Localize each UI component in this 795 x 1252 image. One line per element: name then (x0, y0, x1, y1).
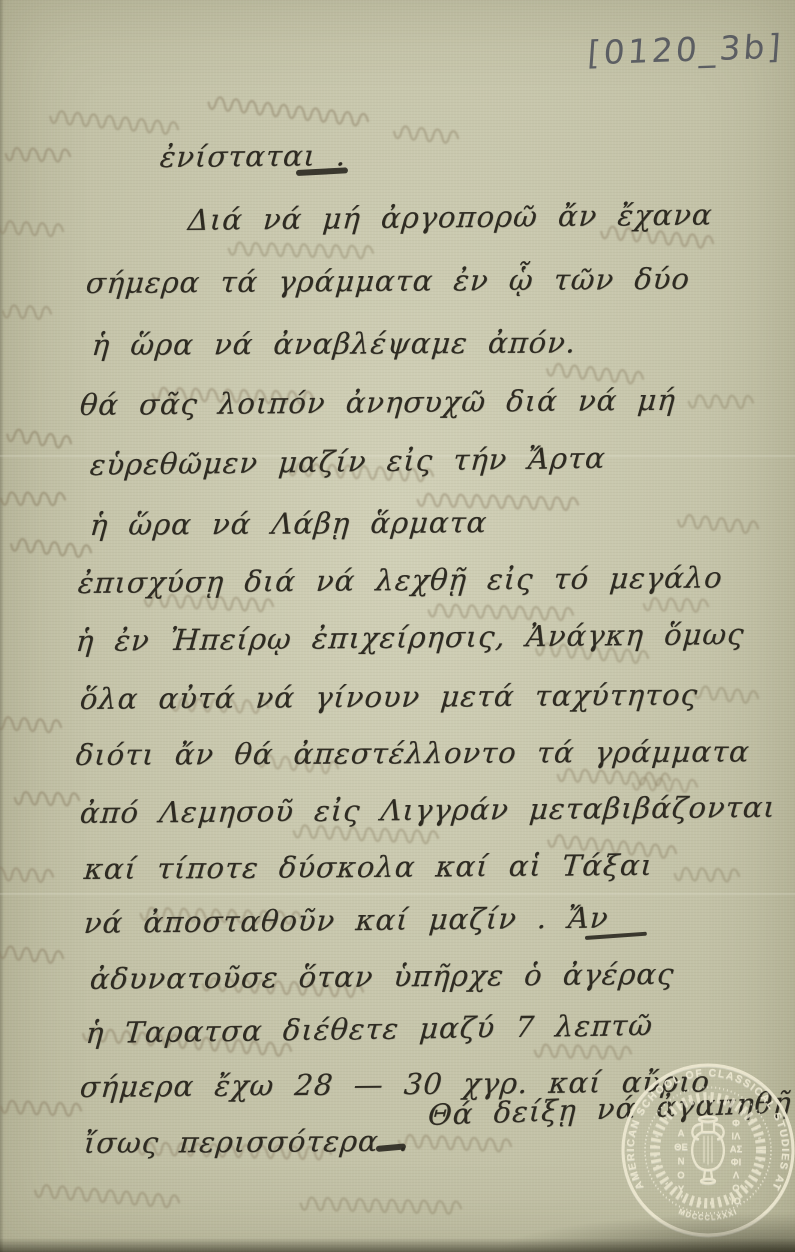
handwriting-line: ἴσως περισσότερα . (83, 1124, 411, 1160)
ink-bleedthrough-mark (55, 116, 180, 138)
handwriting-line: ἡ ὥρα νά ἀναβλέψαμε ἀπόν. (91, 325, 578, 362)
ink-bleedthrough-mark (8, 1101, 82, 1120)
paper-laid-streak (0, 893, 795, 895)
seal-greek-letter: Ν (678, 1156, 685, 1167)
ink-bleedthrough-mark (215, 104, 370, 130)
ink-bleedthrough-mark (0, 947, 64, 967)
ink-bleedthrough-mark (12, 147, 72, 167)
handwriting-line: ἐπισχύσῃ διά νά λεχθῇ εἰς τό μεγάλο (77, 560, 724, 600)
ink-bleedthrough-mark (690, 393, 755, 414)
handwriting-line: σήμερα τά γράμματα ἐν ᾧ τῶν δύο (85, 262, 692, 300)
ink-bleedthrough-mark (0, 718, 62, 736)
ink-bleedthrough-mark (695, 687, 760, 707)
handwriting-line: νά ἀποσταθοῦν καί μαζίν . Ἄν (83, 901, 610, 940)
ink-bleedthrough-mark (300, 829, 439, 849)
handwriting-line: ἀπό Λεμησοῦ εἰς Λιγγράν μεταβιβάζονται (79, 790, 778, 830)
handwriting-line: ἀδυνατοῦσε ὅταν ὑπῆρχε ὁ ἀγέρας (89, 957, 676, 996)
ink-bleedthrough-mark (398, 1137, 512, 1157)
seal-greek-letter: Ο (732, 1183, 739, 1194)
handwriting-line: καί τίποτε δύσκολα καί αἱ Τάξαι (83, 848, 655, 886)
ink-bleedthrough-mark (685, 517, 760, 538)
ink-bleedthrough-mark (298, 1199, 463, 1223)
handwriting-line: ἡ ὥρα νά Λάβῃ ἅρματα (89, 505, 489, 542)
ink-bleedthrough-mark (676, 867, 741, 887)
handwriting-line: διότι ἄν θά ἀπεστέλλοντο τά γράμματα (75, 734, 752, 772)
ink-bleedthrough-mark (16, 791, 81, 811)
catalog-number: [0120_3b] (586, 27, 785, 73)
ink-bleedthrough-mark (36, 1191, 180, 1212)
pen-stroke (296, 167, 348, 176)
scanned-letter-page: [0120_3b] ἐνίσταται .Διά νά μή ἀργοπορῶ … (0, 0, 795, 1252)
amphora-icon (692, 1116, 724, 1183)
ink-bleedthrough-mark (240, 244, 375, 267)
ink-bleedthrough-mark (7, 430, 72, 452)
scan-edge-shadow-left (0, 0, 4, 1252)
ink-bleedthrough-mark (150, 597, 274, 617)
handwriting-line: ἡ ἐν Ἠπείρῳ ἐπιχείρησις, Ἀνάγκη ὅμως (75, 617, 746, 658)
seal-greek-letter: ΑΣ (730, 1144, 743, 1155)
ink-bleedthrough-mark (395, 127, 460, 147)
ink-bleedthrough-mark (0, 222, 64, 240)
ink-bleedthrough-mark (0, 305, 52, 324)
seal-greek-letter: Υ (678, 1184, 685, 1195)
seal-greek-letter: Λ (733, 1170, 740, 1181)
ink-bleedthrough-mark (0, 868, 54, 887)
handwriting-line: ὅλα αὐτά νά γίνουν μετά ταχύτητος (79, 678, 700, 716)
seal-greek-letter: ΙΛ (732, 1131, 742, 1142)
seal-greek-letter: ΦΙ (731, 1157, 741, 1168)
seal-greek-letter: Φ (732, 1118, 740, 1129)
ink-bleedthrough-mark (4, 490, 67, 511)
seal-greek-letter: Ο (677, 1170, 684, 1181)
seal-greek-letter: ΙΟ (731, 1196, 741, 1207)
ink-bleedthrough-mark (538, 1044, 633, 1065)
scan-edge-shadow-corner (495, 1212, 795, 1252)
handwriting-line: εὑρεθῶμεν μαζίν εἰς τήν Ἄρτα (89, 441, 607, 482)
ink-bleedthrough-mark (18, 541, 93, 562)
handwriting-line: θά σᾶς λοιπόν ἀνησυχῶ διά νά μή (79, 383, 678, 422)
ink-bleedthrough-mark (600, 230, 715, 252)
seal-greek-letter: ΘΕ (674, 1142, 688, 1153)
seal-greek-letter: Α (678, 1128, 685, 1139)
handwriting-line: ἡ Ταρατσα διέθετε μαζύ 7 λεπτῶ (85, 1008, 655, 1050)
ink-bleedthrough-mark (655, 597, 710, 617)
handwriting-line: Διά νά μή ἀργοπορῶ ἄν ἔχανα (187, 198, 714, 237)
